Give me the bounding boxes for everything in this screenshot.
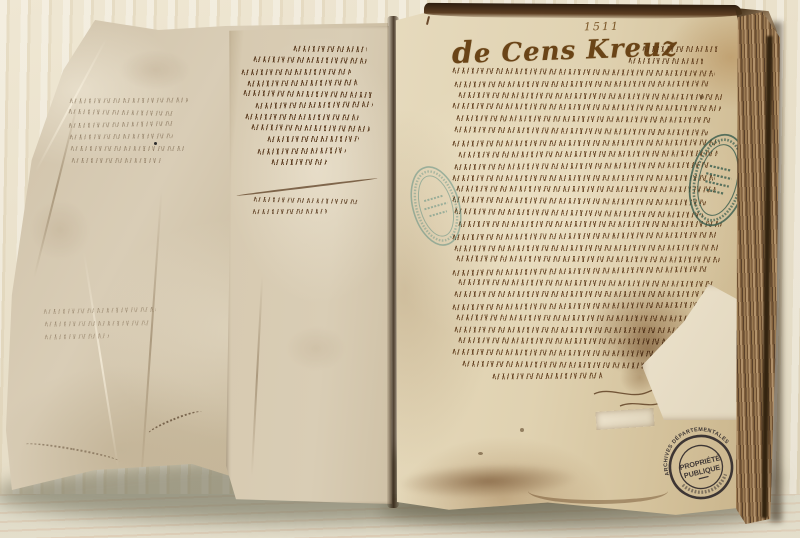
round-archives-stamp: ARCHIVES DÉPARTEMENTALES PROPRIÉTÉ PUBLI… [656, 422, 746, 512]
handwriting-line [267, 136, 359, 142]
stub-stain [286, 326, 346, 371]
handwriting-line [44, 333, 109, 339]
page-curl-edge [528, 478, 668, 504]
handwriting-line [44, 320, 151, 326]
ink-note-block [241, 46, 377, 170]
handwriting-line [454, 244, 720, 251]
foxing-speck [520, 428, 524, 432]
handwriting-line [454, 81, 709, 88]
handwriting-line [241, 68, 351, 74]
handwriting-line [255, 102, 373, 109]
handwriting-line [628, 57, 704, 64]
oval-library-stamp-faded [398, 158, 474, 254]
handwriting-line [456, 256, 720, 263]
parchment-stain [30, 200, 90, 260]
handwriting-line [452, 103, 721, 111]
stub-page [226, 26, 392, 504]
handwriting-line [251, 124, 370, 131]
faint-annotation-block [68, 98, 198, 170]
handwriting-line [69, 98, 188, 104]
faint-annotation-block [42, 308, 162, 347]
handwriting-line [271, 159, 327, 165]
pen-flourish-line [236, 177, 377, 196]
handwriting-line [257, 147, 346, 154]
handwriting-line [454, 126, 708, 135]
photo-of-open-manuscript: 1511 de Cens Kreuz [0, 0, 800, 538]
foxing-speck [478, 452, 483, 455]
handwriting-line [452, 266, 708, 276]
handwriting-line [452, 196, 706, 205]
handwriting-line [452, 68, 715, 77]
stitch-seam [146, 408, 204, 439]
handwriting-line [458, 279, 714, 287]
handwriting-line [454, 208, 703, 218]
ink-note-block-lower [252, 198, 362, 220]
handwriting-line [642, 46, 719, 52]
foxing-speck [700, 95, 704, 99]
stub-crease [251, 276, 263, 476]
handwriting-line [247, 79, 359, 86]
page-block-top-edge [424, 3, 742, 19]
handwriting-line [253, 56, 367, 63]
handwriting-line [245, 113, 359, 119]
handwriting-line [293, 46, 367, 52]
handwriting-line [458, 92, 724, 100]
handwriting-line [43, 307, 156, 314]
handwriting-line [243, 90, 374, 98]
handwriting-line [253, 197, 358, 205]
handwriting-line [69, 133, 173, 139]
handwriting-line [492, 373, 604, 380]
handwriting-line [70, 146, 186, 151]
stitch-seam [24, 440, 120, 467]
handwriting-line [456, 115, 711, 123]
handwriting-line [68, 121, 175, 128]
handwriting-line [252, 209, 327, 215]
handwriting-line [71, 158, 162, 163]
parchment-crease [83, 251, 119, 469]
handwriting-line [68, 109, 175, 116]
parchment-stain [120, 50, 190, 90]
